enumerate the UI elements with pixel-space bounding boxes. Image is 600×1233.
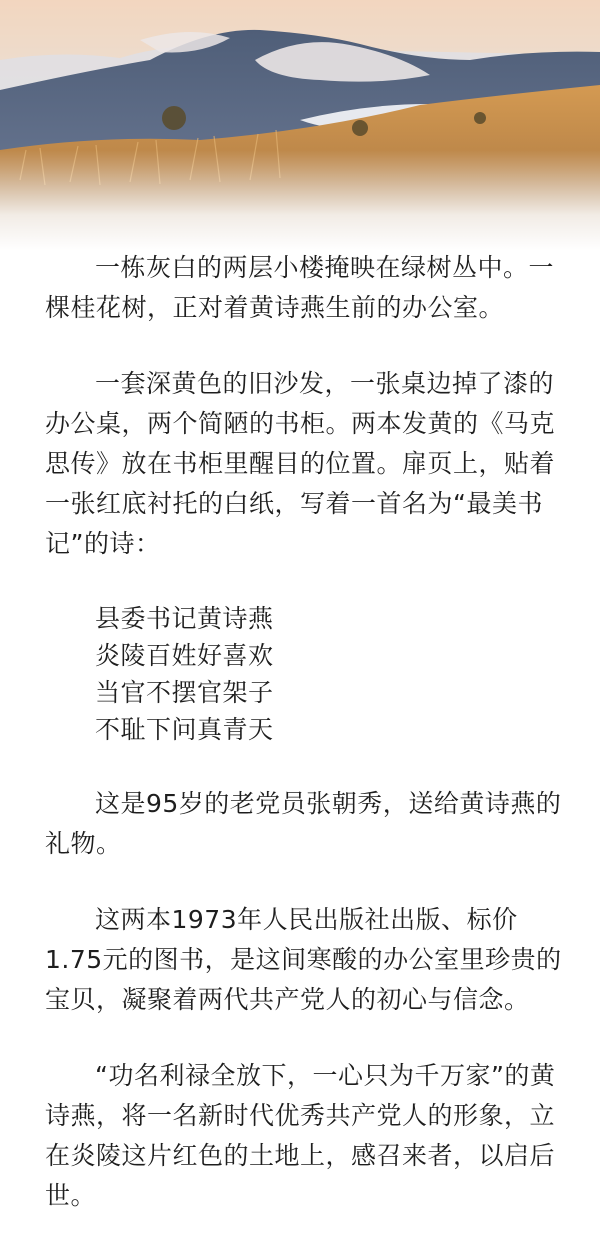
poem-line: 炎陵百姓好喜欢	[95, 637, 565, 674]
hero-image	[0, 0, 600, 250]
paragraph: 这两本1973年人民出版社出版、标价1.75元的图书，是这间寒酸的办公室里珍贵的…	[45, 900, 565, 1020]
poem-line: 县委书记黄诗燕	[95, 600, 565, 637]
poem-line: 当官不摆官架子	[95, 674, 565, 711]
paragraph: 这是95岁的老党员张朝秀，送给黄诗燕的礼物。	[45, 784, 565, 864]
paragraph: 一套深黄色的旧沙发，一张桌边掉了漆的办公桌，两个简陋的书柜。两本发黄的《马克思传…	[45, 364, 565, 564]
poem-line: 不耻下问真青天	[95, 711, 565, 748]
paragraph: “功名利禄全放下，一心只为千万家”的黄诗燕，将一名新时代优秀共产党人的形象，立在…	[45, 1056, 565, 1216]
hero-fade-overlay	[0, 150, 600, 250]
paragraph: 一栋灰白的两层小楼掩映在绿树丛中。一棵桂花树，正对着黄诗燕生前的办公室。	[45, 248, 565, 328]
poem: 县委书记黄诗燕 炎陵百姓好喜欢 当官不摆官架子 不耻下问真青天	[45, 600, 565, 748]
article-body: 一栋灰白的两层小楼掩映在绿树丛中。一棵桂花树，正对着黄诗燕生前的办公室。 一套深…	[45, 248, 565, 1216]
